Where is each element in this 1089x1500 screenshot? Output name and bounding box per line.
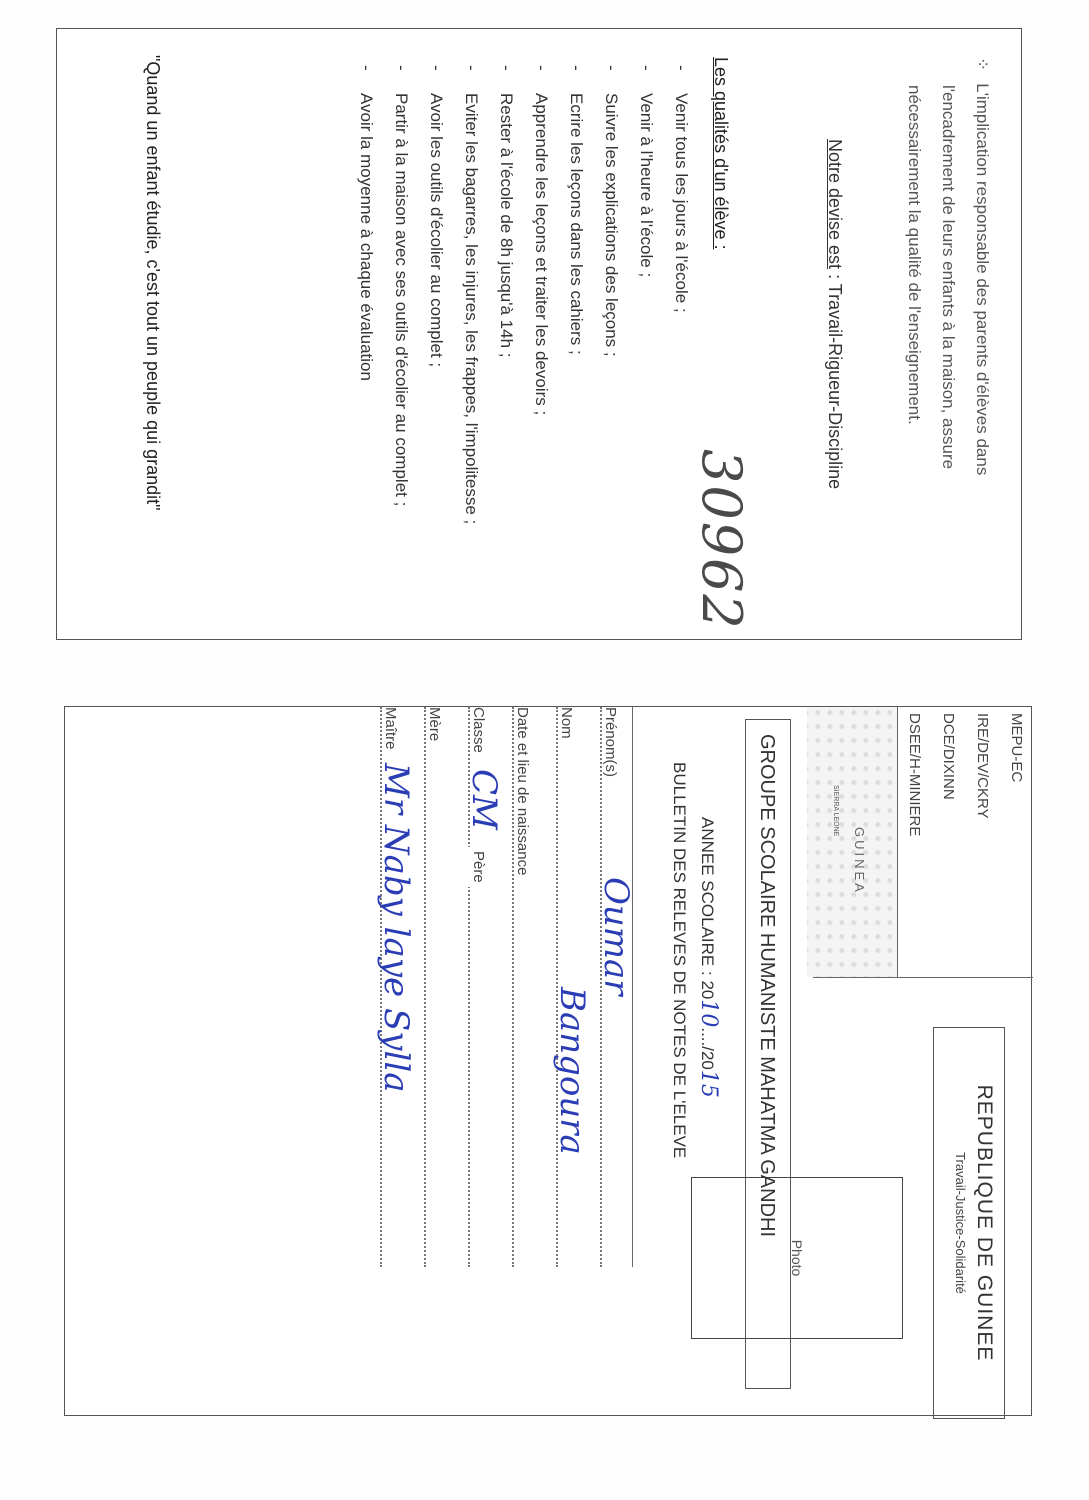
list-item: -Rester à l'école de 8h jusqu'à 14h ; — [489, 69, 524, 524]
intro-line: L'implication responsable des parents d'… — [973, 83, 992, 475]
quality-text: Avoir les outils d'écolier au complet ; — [427, 93, 446, 367]
parents-involvement-note: ⁘L'implication responsable des parents d… — [897, 57, 999, 617]
classe-field: Classe CM Père — [456, 707, 500, 1267]
quality-text: Avoir la moyenne à chaque évaluation — [357, 93, 376, 381]
list-item: -Avoir les outils d'écolier au complet ; — [419, 69, 454, 524]
school-motto: Notre devise est : Travail-Rigueur-Disci… — [824, 139, 845, 489]
intro-line: l'encadrement de leurs enfants à la mais… — [931, 57, 965, 617]
quality-text: Ecrire les leçons dans les cahiers ; — [567, 93, 586, 355]
quality-text: Suivre les explications des leçons ; — [602, 93, 621, 357]
dash-marker: - — [594, 65, 629, 93]
qualities-list: -Venir tous les jours à l'école ; -Venir… — [349, 69, 699, 524]
field-label: Classe — [470, 707, 487, 757]
quality-text: Venir tous les jours à l'école ; — [672, 93, 691, 313]
motto-value: : Travail-Rigueur-Discipline — [825, 269, 845, 489]
list-item: -Eviter les bagarres, les injures, les f… — [454, 69, 489, 524]
nom-field: Nom Bangoura — [544, 707, 588, 1267]
map-label: GUINEA — [852, 827, 867, 895]
list-item: -Partir à la maison avec ses outils d'éc… — [384, 69, 419, 524]
motto-label: Notre devise est — [825, 139, 845, 269]
field-label: Mère — [426, 707, 443, 745]
dash-marker: - — [489, 65, 524, 93]
photo-placeholder: Photo — [691, 1177, 903, 1339]
four-dot-bullet-icon: ⁘ — [973, 57, 992, 71]
year-prefix: 20 — [698, 976, 717, 1000]
quality-text: Partir à la maison avec ses outils d'éco… — [392, 93, 411, 506]
prenom-field: Prénom(s) Oumar — [588, 707, 632, 1267]
list-item: -Ecrire les leçons dans les cahiers ; — [559, 69, 594, 524]
admin-line: DSEE/H-MINIERE — [897, 713, 931, 973]
front-cover-panel: MEPU-EC IRE/DEV/CKRY DCE/DIXINN DSEE/H-M… — [64, 706, 1032, 1416]
back-cover-panel: ⁘L'implication responsable des parents d… — [56, 28, 1022, 640]
field-label: Date et lieu de naissance — [514, 707, 531, 879]
administrative-header: MEPU-EC IRE/DEV/CKRY DCE/DIXINN DSEE/H-M… — [897, 707, 1033, 973]
school-year: ANNEE SCOLAIRE : 2010..../2015 — [696, 817, 721, 1098]
birth-field: Date et lieu de naissance — [500, 707, 544, 1267]
back-cover-page: ⁘L'implication responsable des parents d… — [57, 29, 1023, 641]
dash-marker: - — [524, 65, 559, 93]
field-label: Nom — [558, 707, 575, 743]
guinea-map-image: GUINEA SIERRA LEONE — [807, 707, 898, 977]
admin-line: IRE/DEV/CKRY — [965, 713, 999, 973]
dash-marker: - — [384, 65, 419, 93]
field-label: Maître — [382, 707, 399, 754]
quality-text: Venir à l'heure à l'école ; — [637, 93, 656, 277]
admin-line: MEPU-EC — [999, 713, 1033, 973]
front-cover-page: MEPU-EC IRE/DEV/CKRY DCE/DIXINN DSEE/H-M… — [65, 707, 1033, 1417]
country-title: REPUBLIQUE DE GUINEE — [972, 1028, 996, 1418]
header-divider — [813, 977, 1033, 979]
dash-marker: - — [664, 65, 699, 93]
handwritten-value: Mr Naby laye Sylla — [374, 763, 418, 1092]
republic-header-box: REPUBLIQUE DE GUINEE Travail-Justice-Sol… — [933, 1027, 1005, 1419]
mere-field: Mère — [412, 707, 456, 1267]
year-separator: ..../20 — [698, 1027, 717, 1070]
quality-text: Apprendre les leçons et traiter les devo… — [532, 93, 551, 415]
list-item: -Venir tous les jours à l'école ; — [664, 69, 699, 524]
list-item: -Avoir la moyenne à chaque évaluation — [349, 69, 384, 524]
student-info-form: Prénom(s) Oumar Nom Bangoura Date et lie… — [368, 707, 633, 1267]
handwritten-value: Oumar — [594, 877, 638, 996]
handwritten-value: CM — [462, 769, 506, 830]
list-item: -Venir à l'heure à l'école ; — [629, 69, 664, 524]
dash-marker: - — [629, 65, 664, 93]
maitre-field: Maître Mr Naby laye Sylla — [368, 707, 412, 1267]
quality-text: Eviter les bagarres, les injures, les fr… — [462, 93, 481, 524]
admin-line: DCE/DIXINN — [931, 713, 965, 973]
field-label: Prénom(s) — [602, 707, 619, 781]
bulletin-title: BULLETIN DES RELEVES DE NOTES DE L'ELEVE — [669, 762, 689, 1158]
dash-marker: - — [454, 65, 489, 93]
photo-label: Photo — [789, 1240, 805, 1277]
map-label: SIERRA LEONE — [832, 785, 839, 836]
handwritten-number: 30962 — [690, 449, 753, 631]
qualities-title: Les qualités d'un élève : — [710, 57, 731, 250]
list-item: -Apprendre les leçons et traiter les dev… — [524, 69, 559, 524]
dash-marker: - — [559, 65, 594, 93]
quality-text: Rester à l'école de 8h jusqu'à 14h ; — [497, 93, 516, 358]
handwritten-year-end: 15 — [696, 1070, 721, 1098]
national-motto: Travail-Justice-Solidarité — [953, 1028, 968, 1418]
school-name-box: GROUPE SCOLAIRE HUMANISTE MAHATMA GANDHI — [745, 719, 791, 1389]
closing-quote: "Quand un enfant étudie, c'est tout un p… — [142, 55, 163, 511]
handwritten-value: Bangoura — [550, 987, 594, 1155]
list-item: -Suivre les explications des leçons ; — [594, 69, 629, 524]
father-label: Père — [456, 847, 500, 887]
dash-marker: - — [349, 65, 384, 93]
handwritten-year-start: 10 — [696, 999, 721, 1027]
school-year-label: ANNEE SCOLAIRE : — [698, 817, 717, 976]
intro-line: nécessairement la qualité de l'enseignem… — [897, 57, 931, 617]
dash-marker: - — [419, 65, 454, 93]
